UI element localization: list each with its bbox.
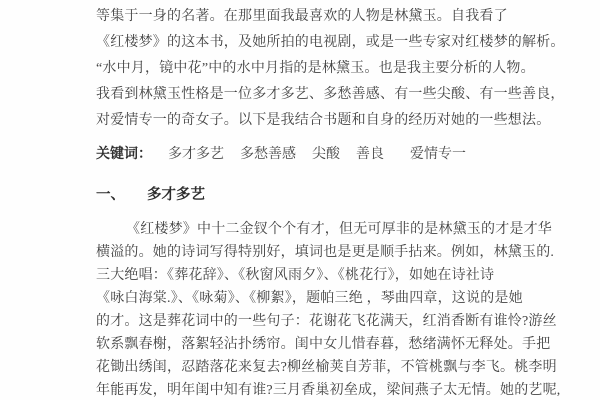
keyword-item: 爱情专一 xyxy=(410,142,466,168)
section-heading: 一、 多才多艺 xyxy=(96,182,558,208)
body-line: 横溢的。她的诗词写得特别好，填词也是更是顺手拈来。例如，林黛玉的. xyxy=(96,241,558,264)
body-line: 三大绝唱：《葬花辞》、《秋窗风雨夕》、《桃花行》，如她在诗社诗 xyxy=(96,264,558,287)
document-page: 等集于一身的名著。在那里面我最喜欢的人物是林黛玉。自我看了 《红楼梦》的这本书，… xyxy=(0,0,600,400)
body-line: 花锄出绣闺，忍踏落花来复去?柳丝榆荚自芳菲，不管桃飘与李飞。桃李明 xyxy=(96,356,558,379)
body-line: 《红楼梦》中十二金钗个个有才，但无可厚非的是林黛玉的才是才华 xyxy=(96,218,558,241)
intro-line: “水中月，镜中花”中的水中月指的是林黛玉。也是我主要分析的人物。 xyxy=(96,56,558,82)
intro-line: 《红楼梦》的这本书，及她所拍的电视剧，或是一些专家对红楼梦的解析。 xyxy=(96,30,558,56)
body-paragraph: 《红楼梦》中十二金钗个个有才，但无可厚非的是林黛玉的才是才华 横溢的。她的诗词写… xyxy=(96,218,558,400)
intro-line: 等集于一身的名著。在那里面我最喜欢的人物是林黛玉。自我看了 xyxy=(96,4,558,30)
keywords-row: 关键词： 多才多艺 多愁善感 尖酸 善良 爱情专一 xyxy=(96,142,558,168)
section-number: 一、 xyxy=(96,182,125,208)
body-line: 《咏白海棠.》、《咏菊》、《柳絮》，题帕三绝 ，琴曲四章，这说的是她 xyxy=(96,287,558,310)
intro-line: 我看到林黛玉性格是一位多才多艺、多愁善感、有一些尖酸、有一些善良， xyxy=(96,82,558,108)
keyword-item: 多愁善感 xyxy=(240,142,296,168)
document-content: 等集于一身的名著。在那里面我最喜欢的人物是林黛玉。自我看了 《红楼梦》的这本书，… xyxy=(96,4,558,400)
intro-paragraph: 等集于一身的名著。在那里面我最喜欢的人物是林黛玉。自我看了 《红楼梦》的这本书，… xyxy=(96,4,558,134)
body-line: 的才。这是葬花词中的一些句子：花谢花飞花满天，红消香断有谁怜?游丝 xyxy=(96,310,558,333)
keyword-item: 尖酸 xyxy=(312,142,340,168)
keyword-item: 善良 xyxy=(356,142,384,168)
intro-line: 对爱情专一的奇女子。以下是我结合书题和自身的经历对她的一些想法。 xyxy=(96,108,558,134)
section-title: 多才多艺 xyxy=(147,182,205,208)
keywords-label: 关键词： xyxy=(96,142,152,168)
keyword-item: 多才多艺 xyxy=(168,142,224,168)
body-line: 年能再发，明年闺中知有谁?三月香巢初垒成，梁间燕子太无情。她的艺呢, xyxy=(96,379,558,400)
body-line: 软系飘春榭，落絮轻沾扑绣帘。闺中女儿惜春暮，愁绪满怀无释处。手把 xyxy=(96,333,558,356)
